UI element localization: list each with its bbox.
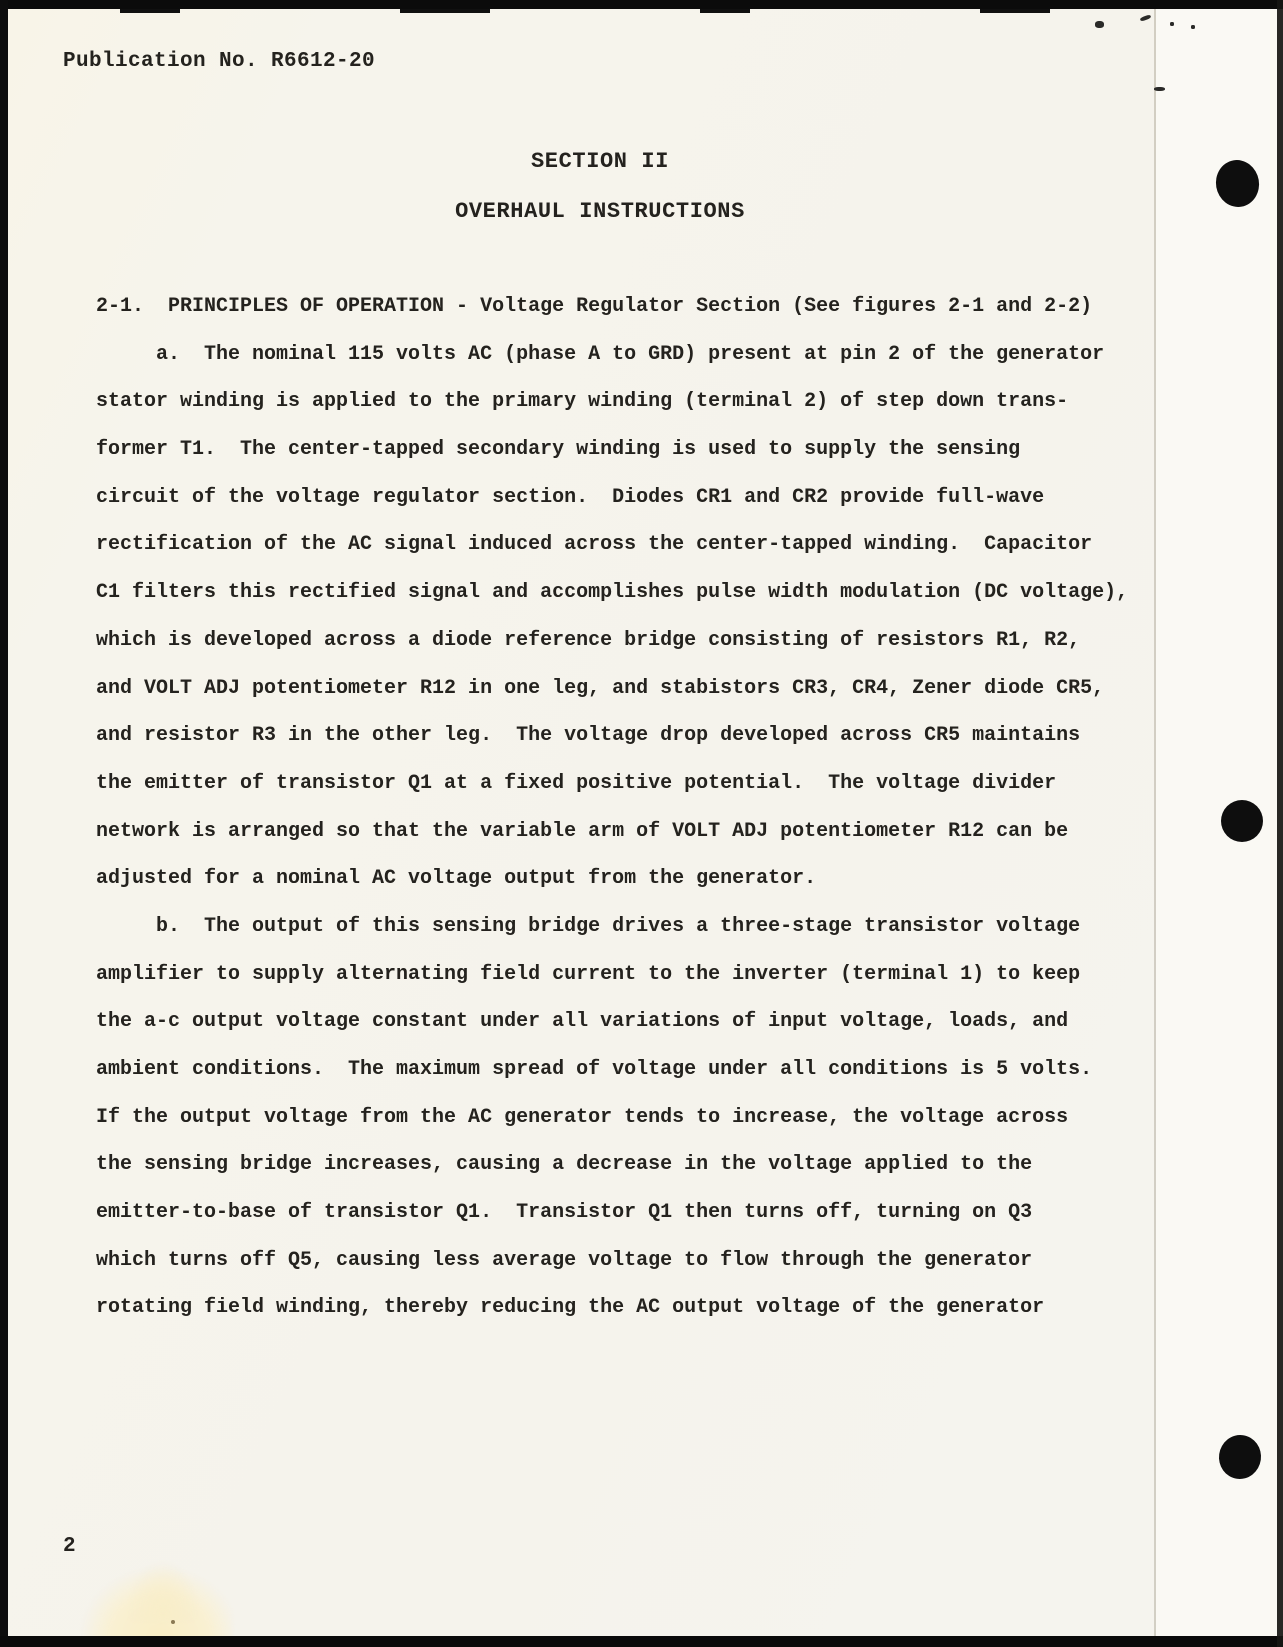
scanned-document-page: Publication No. R6612-20 SECTION II OVER… <box>0 0 1283 1647</box>
text-line: the emitter of transistor Q1 at a fixed … <box>96 760 1196 808</box>
text-line: former T1. The center-tapped secondary w… <box>96 426 1196 474</box>
dirt-speck <box>1095 21 1104 28</box>
scan-edge-right <box>1277 0 1283 1647</box>
scan-edge-artifact <box>980 9 1050 13</box>
text-line: and resistor R3 in the other leg. The vo… <box>96 712 1196 760</box>
text-line: which is developed across a diode refere… <box>96 617 1196 665</box>
text-line: circuit of the voltage regulator section… <box>96 474 1196 522</box>
hole-punch-mark <box>1221 800 1263 842</box>
text-line: If the output voltage from the AC genera… <box>96 1094 1196 1142</box>
text-line: stator winding is applied to the primary… <box>96 378 1196 426</box>
section-title: SECTION II <box>0 149 1200 174</box>
page-number: 2 <box>63 1535 76 1558</box>
text-line: which turns off Q5, causing less average… <box>96 1237 1196 1285</box>
section-subtitle: OVERHAUL INSTRUCTIONS <box>0 199 1200 224</box>
text-line: rotating field winding, thereby reducing… <box>96 1284 1196 1332</box>
dirt-speck <box>1191 25 1195 29</box>
text-line: C1 filters this rectified signal and acc… <box>96 569 1196 617</box>
text-line: adjusted for a nominal AC voltage output… <box>96 855 1196 903</box>
dirt-speck <box>1154 87 1165 91</box>
dirt-speck <box>1170 22 1174 26</box>
text-line: a. The nominal 115 volts AC (phase A to … <box>96 331 1196 379</box>
text-line: ambient conditions. The maximum spread o… <box>96 1046 1196 1094</box>
text-line: amplifier to supply alternating field cu… <box>96 951 1196 999</box>
scan-edge-top <box>0 0 1283 9</box>
text-line: the sensing bridge increases, causing a … <box>96 1141 1196 1189</box>
publication-number: Publication No. R6612-20 <box>63 50 375 73</box>
scan-edge-left <box>0 0 8 1647</box>
text-line: the a-c output voltage constant under al… <box>96 998 1196 1046</box>
text-line: b. The output of this sensing bridge dri… <box>96 903 1196 951</box>
text-line: and VOLT ADJ potentiometer R12 in one le… <box>96 665 1196 713</box>
body-text: 2-1. PRINCIPLES OF OPERATION - Voltage R… <box>96 283 1196 1332</box>
scan-edge-artifact <box>120 9 180 13</box>
dirt-speck <box>1140 14 1152 22</box>
scan-edge-bottom <box>0 1636 1283 1647</box>
stain-speck <box>171 1620 175 1624</box>
text-line: emitter-to-base of transistor Q1. Transi… <box>96 1189 1196 1237</box>
paper-stain <box>128 1560 198 1620</box>
paragraph-2-1-heading: 2-1. PRINCIPLES OF OPERATION - Voltage R… <box>96 283 1196 331</box>
text-line: rectification of the AC signal induced a… <box>96 521 1196 569</box>
text-line: network is arranged so that the variable… <box>96 808 1196 856</box>
scan-edge-artifact <box>700 9 750 13</box>
scan-edge-artifact <box>400 9 490 13</box>
